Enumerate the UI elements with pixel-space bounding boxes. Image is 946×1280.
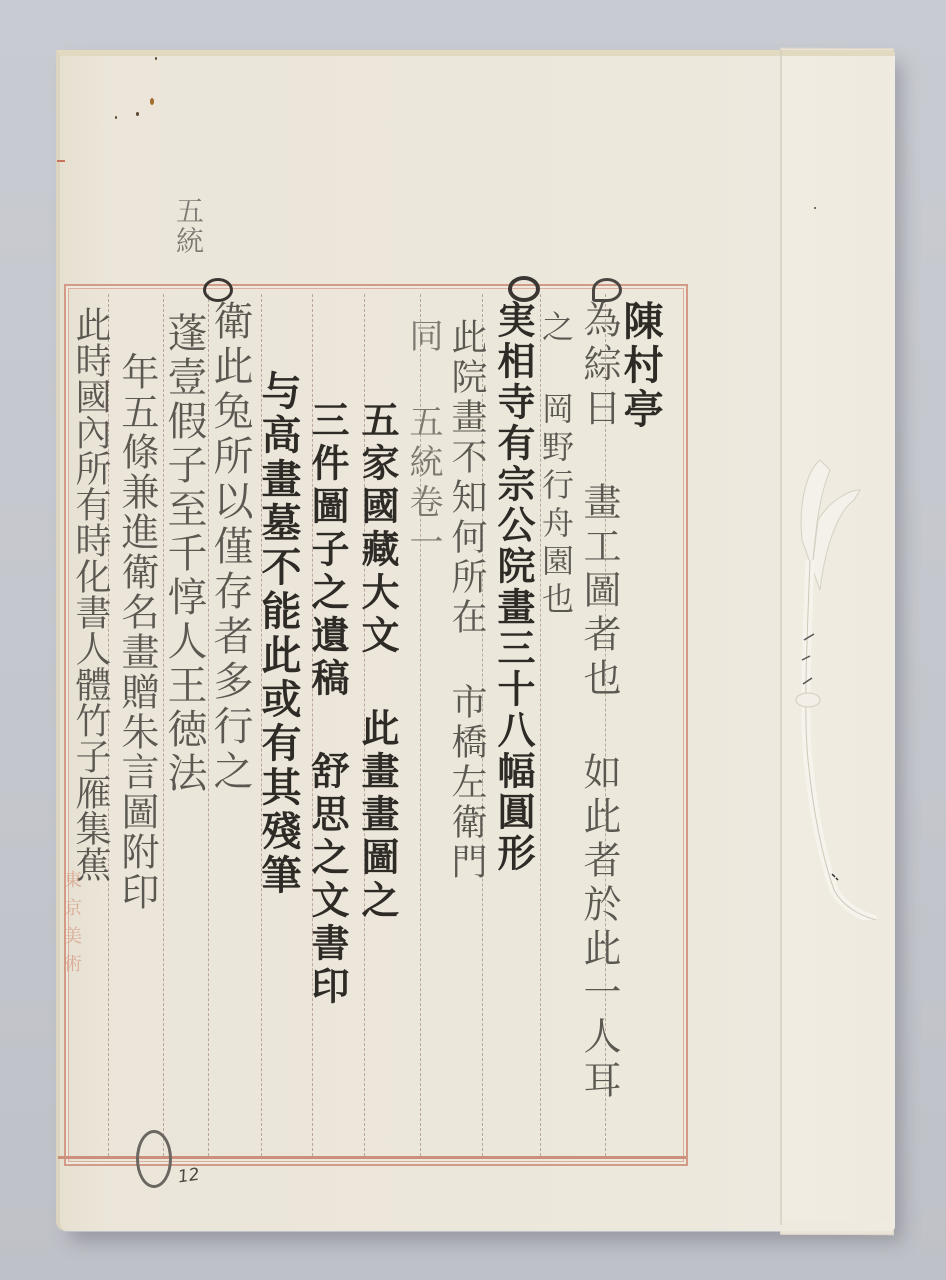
paper-speck (150, 98, 154, 105)
text-column: 実相寺有宗公院畫三十八幅圓形 (494, 300, 532, 874)
text-column: 此院畫不知何所在 市橋左衛門 (448, 318, 484, 883)
text-column: 与高畫墓不能此或有其殘筆 (258, 370, 298, 898)
paper-speck (155, 57, 157, 60)
margin-tick (57, 160, 65, 162)
text-column: 五家國藏大文 此畫畫圖之 (358, 400, 396, 923)
text-column: 陳村亭 (620, 300, 660, 432)
circle-mark-icon (508, 276, 540, 302)
top-annotation: 五統 (168, 196, 208, 256)
text-column: 此時國內所有時化書人體竹子雁集蕉 (72, 306, 108, 882)
text-column: 為綜日 畫工圖者也 如此者於此一人耳 (580, 300, 618, 1104)
paper-speck (136, 112, 139, 116)
text-column: 年五條兼進衛名畫贈朱言圖附印 (118, 352, 156, 912)
paper-speck (115, 116, 117, 119)
circle-mark-icon (203, 278, 233, 302)
text-column: 之 岡野行舟園也 (540, 310, 572, 620)
binding-string-icon (790, 460, 880, 920)
circle-mark-icon (592, 278, 622, 302)
text-column: 衛此兔所以僅存者多行之 (210, 300, 250, 795)
text-column: 同 五統卷一 (406, 318, 440, 564)
circle-mark-icon (136, 1130, 172, 1188)
page-number: 12 (177, 1165, 201, 1188)
fold-line (780, 50, 782, 1225)
text-column: 三件圖子之遺稿 舒思之文書印 (308, 400, 346, 1009)
text-column: 蓬壹假子至千惇人王徳法 (164, 312, 204, 796)
paper-speck (814, 207, 816, 209)
stamp-bleed-text: 東京美術 (58, 870, 84, 982)
